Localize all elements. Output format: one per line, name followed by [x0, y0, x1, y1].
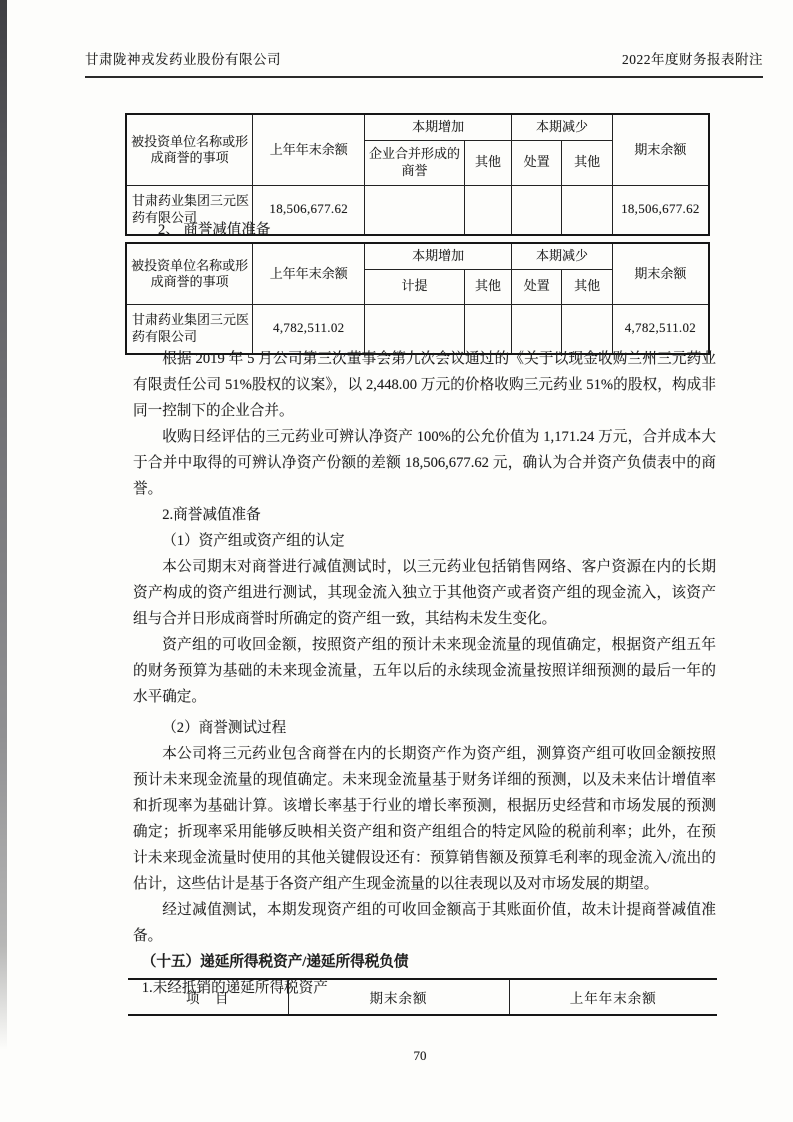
company-name: 甘肃陇神戎发药业股份有限公司	[85, 48, 281, 68]
page-number: 70	[0, 1048, 793, 1064]
col-header-prev-year: 上年年末余额	[253, 243, 365, 304]
scanned-document-page: 甘肃陇神戎发药业股份有限公司 2022年度财务报表附注 被投资单位名称或形成商誉…	[0, 0, 793, 1122]
paragraph-recoverable-amount: 资产组的可收回金额，按照资产组的预计未来现金流量的现值确定，根据资产组五年的财务…	[133, 632, 716, 710]
paragraph-test-conclusion: 经过减值测试，本期发现资产组的可收回金额高于其账面价值，故未计提商誉减值准备。	[133, 897, 716, 949]
running-header: 甘肃陇神戎发药业股份有限公司 2022年度财务报表附注	[85, 48, 763, 68]
col-header-ending: 期末余额	[612, 243, 709, 304]
col-header-decrease-other: 其他	[562, 140, 612, 185]
heading-asset-group-identification: （1）资产组或资产组的认定	[133, 528, 716, 554]
col-header-disposal: 处置	[512, 140, 562, 185]
paragraph-asset-group-testing: 本公司期末对商誉进行减值测试时，以三元药业包括销售网络、客户资源在内的长期资产构…	[133, 554, 716, 632]
note-impairment-provision: 2、 商誉减值准备	[158, 218, 270, 239]
col-header-accrual: 计提	[365, 269, 465, 304]
deferred-tax-table-header: 项 目 期末余额 上年年末余额	[128, 978, 717, 1016]
goodwill-impairment-table: 被投资单位名称或形成商誉的事项 上年年末余额 本期增加 本期减少 期末余额 计提…	[125, 242, 710, 355]
col-header-merger-goodwill: 企业合并形成的商誉	[365, 140, 465, 185]
col-header-increase-group: 本期增加	[365, 114, 512, 140]
col-header-disposal: 处置	[512, 269, 562, 304]
scan-binding-artifact	[0, 0, 7, 1050]
col-header-prev-year: 上年年末余额	[509, 979, 717, 1015]
col-header-increase-other: 其他	[464, 269, 511, 304]
col-header-prev-year: 上年年末余额	[253, 114, 365, 185]
cell-decrease-disposal	[512, 185, 562, 235]
cell-decrease-other	[562, 185, 612, 235]
header-rule	[85, 76, 763, 78]
col-header-decrease-other: 其他	[562, 269, 612, 304]
paragraph-goodwill-recognition: 收购日经评估的三元药业可辨认净资产 100%的公允价值为 1,171.24 万元…	[133, 424, 716, 502]
heading-goodwill-test-process: （2）商誉测试过程	[133, 715, 716, 741]
cell-increase-merger	[365, 185, 465, 235]
heading-section-15-deferred-tax: （十五）递延所得税资产/递延所得税负债	[133, 949, 716, 975]
col-header-item: 被投资单位名称或形成商誉的事项	[126, 114, 253, 185]
paragraph-acquisition-resolution: 根据 2019 年 5 月公司第三次董事会第九次会议通过的《关于以现金收购兰州三…	[133, 346, 716, 424]
col-header-ending: 期末余额	[288, 979, 509, 1015]
body-text-block: 根据 2019 年 5 月公司第三次董事会第九次会议通过的《关于以现金收购兰州三…	[133, 346, 716, 1001]
col-header-increase-group: 本期增加	[365, 243, 512, 269]
report-title: 2022年度财务报表附注	[622, 48, 763, 68]
heading-impairment-provision: 2.商誉减值准备	[133, 502, 716, 528]
col-header-increase-other: 其他	[464, 140, 511, 185]
col-header-decrease-group: 本期减少	[512, 243, 613, 269]
col-header-item: 项 目	[128, 979, 288, 1015]
cell-ending-balance: 18,506,677.62	[612, 185, 709, 235]
cell-increase-other	[464, 185, 511, 235]
paragraph-test-method: 本公司将三元药业包含商誉在内的长期资产作为资产组，测算资产组可收回金额按照预计未…	[133, 741, 716, 897]
col-header-decrease-group: 本期减少	[512, 114, 613, 140]
col-header-ending: 期末余额	[612, 114, 709, 185]
col-header-item: 被投资单位名称或形成商誉的事项	[126, 243, 253, 304]
